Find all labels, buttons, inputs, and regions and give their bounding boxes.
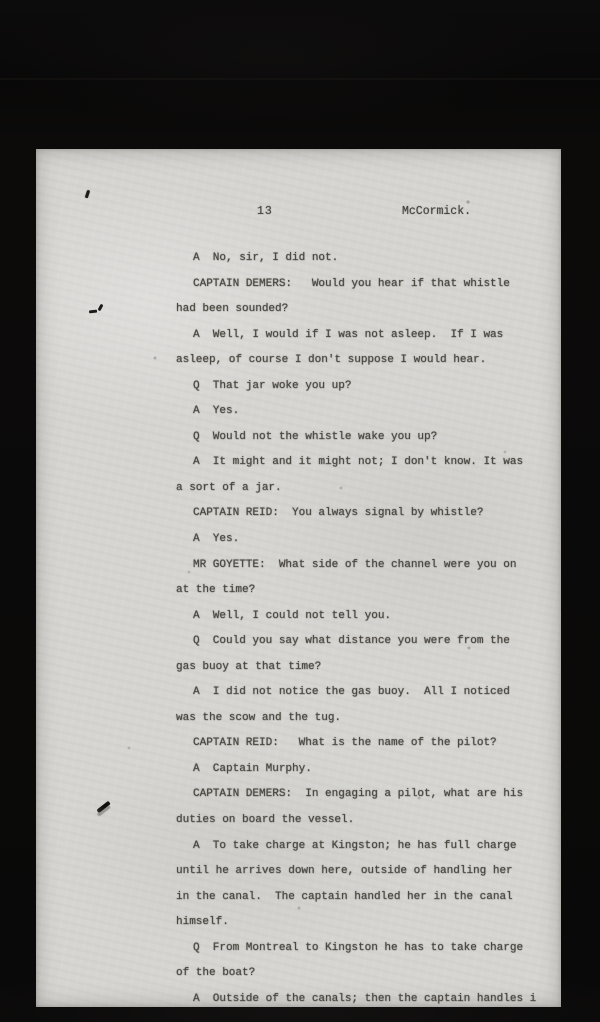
transcript-line: A Well, I could not tell you. [36,604,553,630]
transcript-line: gas buoy at that time? [36,655,553,681]
transcript-line: at the time? [36,578,553,604]
transcript-line: CAPTAIN DEMERS: Would you hear if that w… [36,272,553,298]
page-number: 13 [257,205,273,218]
transcript-line: Q From Montreal to Kingston he has to ta… [36,936,553,962]
transcript-line: asleep, of course I don't suppose I woul… [36,348,553,374]
transcript-line: A Yes. [36,399,553,425]
transcript-line: A Outside of the canals; then the captai… [36,987,553,1013]
transcript-line: Q That jar woke you up? [36,374,553,400]
transcript-body: A No, sir, I did not.CAPTAIN DEMERS: Wou… [36,246,553,1012]
ink-tick-mark [85,190,90,199]
transcript-page: 13 McCormick. A No, sir, I did not.CAPTA… [36,149,561,1007]
transcript-line: CAPTAIN REID: What is the name of the pi… [36,731,553,757]
witness-name: McCormick. [402,205,471,218]
transcript-line: Q Would not the whistle wake you up? [36,425,553,451]
transcript-line: A Captain Murphy. [36,757,553,783]
page-header: 13 McCormick. [36,205,561,221]
transcript-line: had been sounded? [36,297,553,323]
transcript-line: of the boat? [36,961,553,987]
scan-specks [36,149,38,151]
transcript-line: himself. [36,910,553,936]
transcript-line: A No, sir, I did not. [36,246,553,272]
transcript-line: A To take charge at Kingston; he has ful… [36,834,553,860]
transcript-line: A It might and it might not; I don't kno… [36,450,553,476]
transcript-line: CAPTAIN DEMERS: In engaging a pilot, wha… [36,782,553,808]
transcript-line: until he arrives down here, outside of h… [36,859,553,885]
transcript-line: Q Could you say what distance you were f… [36,629,553,655]
transcript-line: MR GOYETTE: What side of the channel wer… [36,553,553,579]
transcript-line: A Yes. [36,527,553,553]
transcript-line: in the canal. The captain handled her in… [36,885,553,911]
transcript-line: a sort of a jar. [36,476,553,502]
transcript-line: A I did not notice the gas buoy. All I n… [36,680,553,706]
transcript-line: A Well, I would if I was not asleep. If … [36,323,553,349]
transcript-line: duties on board the vessel. [36,808,553,834]
transcript-line: CAPTAIN REID: You always signal by whist… [36,501,553,527]
transcript-line: was the scow and the tug. [36,706,553,732]
film-seam [0,78,600,80]
